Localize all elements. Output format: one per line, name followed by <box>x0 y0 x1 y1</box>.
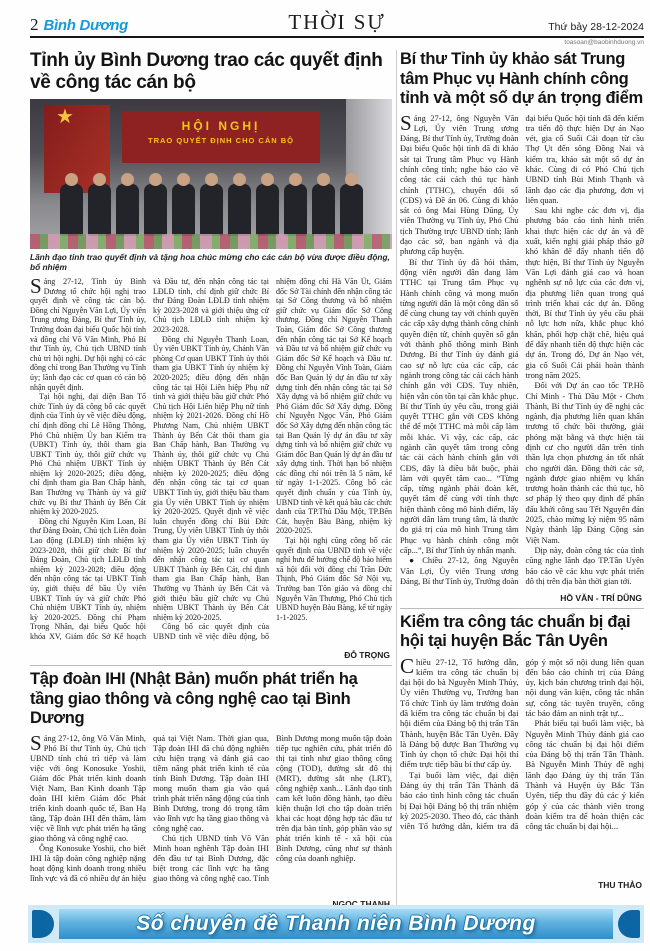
paragraph: Bí thư Tỉnh ủy đã hỏi thăm, động viên ng… <box>400 258 519 557</box>
article4-title: Kiểm tra công tác chuẩn bị đại hội tại h… <box>400 613 644 652</box>
article2-title: Bí thư Tỉnh ủy khảo sát Trung tâm Phục v… <box>400 50 644 109</box>
section-title: THỜI SỰ <box>235 12 440 33</box>
paragraph: Sáng 27-12, ông Nguyễn Văn Lợi, Ủy viên … <box>400 114 519 258</box>
article3-title: Tập đoàn IHI (Nhật Bản) muốn phát triển … <box>30 670 392 729</box>
paragraph: Sáng 27-12, ông Võ Văn Minh, Phó Bí thư … <box>30 734 146 844</box>
article1-title: Tỉnh ủy Bình Dương trao các quyết định v… <box>30 50 392 94</box>
masthead-rule <box>30 36 644 38</box>
paragraph: Đồng chí Nguyễn Thanh Loan, Ủy viên UBKT… <box>153 335 269 623</box>
person-figure <box>172 184 195 236</box>
backdrop-line1: HỘI NGHỊ <box>122 119 320 133</box>
left-column: Tỉnh ủy Bình Dương trao các quyết định v… <box>30 48 392 912</box>
person-figure <box>88 184 111 236</box>
paragraph: Sáng 27-12, Tỉnh ủy Bình Dương tổ chức h… <box>30 277 146 392</box>
article1-caption: Lãnh đạo tỉnh trao quyết định và tặng ho… <box>30 252 392 272</box>
paragraph: Tại hội nghị, đại diện Ban Tổ chức Tỉnh … <box>30 392 146 517</box>
section-divider <box>400 608 644 609</box>
page-number: 2 <box>30 16 39 33</box>
paragraph: Sau khi nghe các đơn vị, địa phương báo … <box>526 206 645 381</box>
banner-band: Số chuyên đề Thanh niên Bình Dương <box>59 909 613 939</box>
article4-author: THU THẢO <box>400 880 642 890</box>
newspaper-logo: Bình Dương <box>44 18 128 33</box>
person-figure <box>116 184 139 236</box>
right-column: Bí thư Tỉnh ủy khảo sát Trung tâm Phục v… <box>400 48 644 912</box>
person-figure <box>312 184 335 236</box>
banner-left-ornament <box>32 910 54 938</box>
paragraph: Đối với Dự án cao tốc TP.Hồ Chí Minh - T… <box>526 381 645 546</box>
article2-author: HỒ VĂN - TRÍ DŨNG <box>400 593 642 603</box>
paragraph: Chiều 27-12, Tổ hướng dẫn, kiểm tra công… <box>400 657 519 770</box>
backdrop-line2: TRAO QUYẾT ĐỊNH CHO CÁN BỘ <box>122 136 320 145</box>
person-figure <box>284 184 307 236</box>
banner-text: Số chuyên đề Thanh niên Bình Dương <box>136 912 536 936</box>
brand: 2 Bình Dương <box>30 16 235 33</box>
paragraph: Phát biểu tại buổi làm việc, bà Nguyễn M… <box>526 718 645 831</box>
person-figure <box>60 184 83 236</box>
paragraph: Dịp này, đoàn công tác của tỉnh cũng ngh… <box>526 546 645 587</box>
article1-body: Sáng 27-12, Tỉnh ủy Bình Dương tổ chức h… <box>30 277 392 649</box>
article2-body: Sáng 27-12, ông Nguyễn Văn Lợi, Ủy viên … <box>400 114 644 592</box>
article1-author: ĐỖ TRỌNG <box>30 650 390 660</box>
section-divider <box>30 665 392 666</box>
person-figure <box>228 184 251 236</box>
people-group <box>30 184 392 236</box>
paragraph: Tại hội nghị cũng công bố các quyết định… <box>276 536 392 622</box>
article1-photo: ★ HỘI NGHỊ TRAO QUYẾT ĐỊNH CHO CÁN BỘ <box>30 99 392 249</box>
dropcap: S <box>30 734 44 752</box>
masthead: 2 Bình Dương THỜI SỰ Thứ bảy 28-12-2024 <box>30 10 644 36</box>
article4-body: Chiều 27-12, Tổ hướng dẫn, kiểm tra công… <box>400 657 644 879</box>
article3-body: Sáng 27-12, ông Võ Văn Minh, Phó Bí thư … <box>30 734 392 898</box>
person-figure <box>200 184 223 236</box>
dropcap: C <box>400 657 416 675</box>
person-figure <box>340 184 363 236</box>
issue-date: Thứ bảy 28-12-2024 <box>439 21 644 33</box>
star-icon: ★ <box>56 107 74 127</box>
page-content: Tỉnh ủy Bình Dương trao các quyết định v… <box>30 48 644 912</box>
person-figure <box>144 184 167 236</box>
conference-backdrop: HỘI NGHỊ TRAO QUYẾT ĐỊNH CHO CÁN BỘ <box>122 111 320 163</box>
vertical-rule <box>396 50 397 912</box>
special-issue-banner: Số chuyên đề Thanh niên Bình Dương <box>28 905 644 943</box>
flowers-row <box>30 234 392 249</box>
person-figure <box>256 184 279 236</box>
dropcap: S <box>30 277 44 295</box>
banner-right-ornament <box>618 910 640 938</box>
editorial-email: toasoan@baobinhduong.vn <box>30 39 644 46</box>
newspaper-page: 2 Bình Dương THỜI SỰ Thứ bảy 28-12-2024 … <box>0 0 650 951</box>
dropcap: S <box>400 114 414 132</box>
